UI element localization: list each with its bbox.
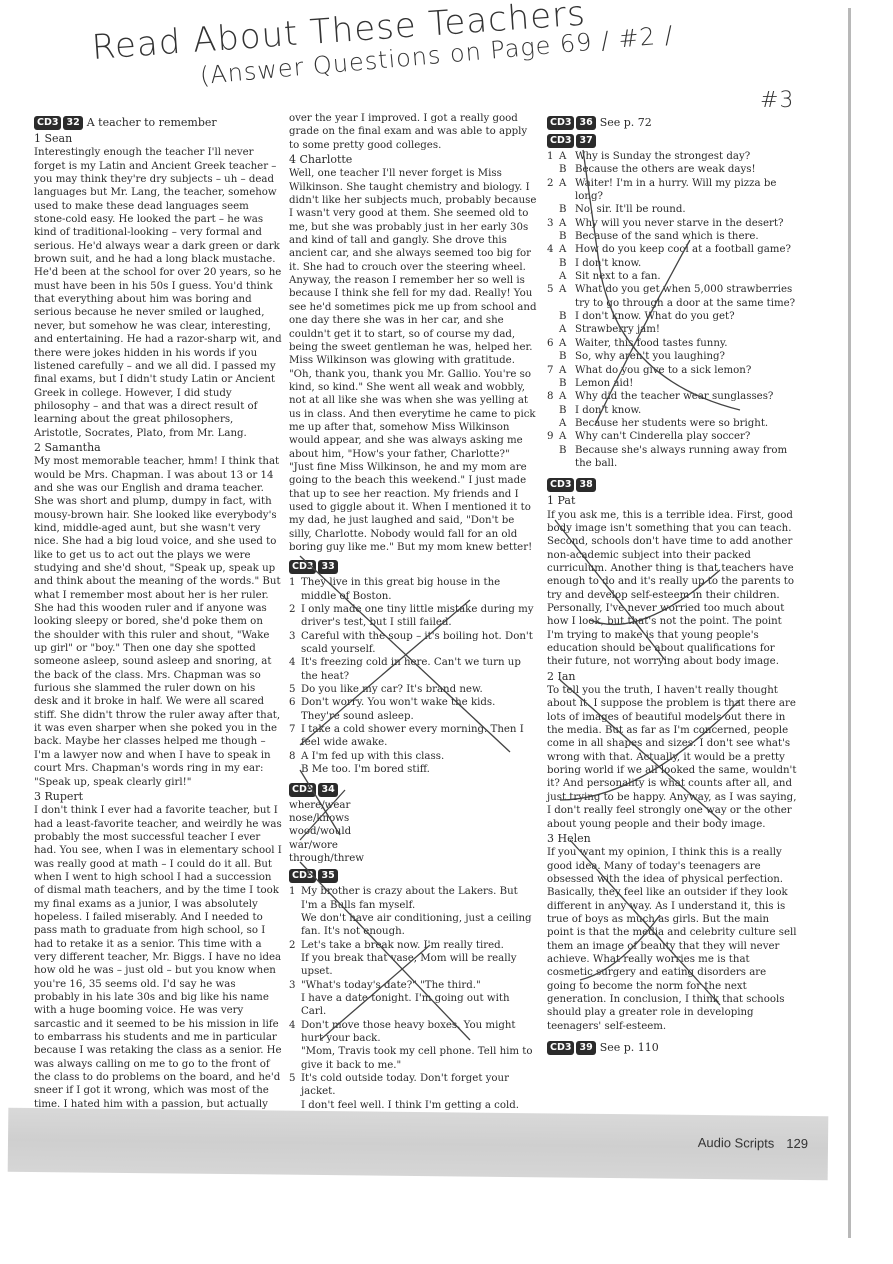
track-badge: CD332 bbox=[34, 116, 83, 130]
speaker-text: My most memorable teacher, hmm! I think … bbox=[34, 455, 282, 789]
joke-line: BSo, why aren't you laughing? bbox=[547, 350, 797, 363]
footer-band: Audio Scripts129 bbox=[8, 1108, 829, 1181]
word-pair: wood/would bbox=[289, 825, 537, 838]
page-number: 129 bbox=[786, 1136, 808, 1151]
list-item: 8A I'm fed up with this class.B Me too. … bbox=[289, 750, 537, 777]
track-badge: CD337 bbox=[547, 134, 596, 148]
list-item: 5Do you like my car? It's brand new. bbox=[289, 683, 537, 696]
list-item: 2I only made one tiny little mistake dur… bbox=[289, 603, 537, 630]
section-title: A teacher to remember bbox=[87, 116, 217, 129]
column-1: CD332A teacher to remember 1 Sean Intere… bbox=[34, 112, 282, 1165]
section-cd3-32-header: CD332A teacher to remember bbox=[34, 116, 282, 130]
speaker-text: If you want my opinion, I think this is … bbox=[547, 846, 797, 1033]
list-item: 3Careful with the soup – it's boiling ho… bbox=[289, 630, 537, 657]
list-item: 2Let's take a break now. I'm really tire… bbox=[289, 939, 537, 979]
speaker-text: Interestingly enough the teacher I'll ne… bbox=[34, 146, 282, 440]
speaker-heading: 2 Ian bbox=[547, 670, 797, 683]
word-pair: where/wear bbox=[289, 799, 537, 812]
list-item: 3"What's today's date?" "The third."I ha… bbox=[289, 979, 537, 1019]
joke-line: ASit next to a fan. bbox=[547, 270, 797, 283]
joke-line: BBecause of the sand which is there. bbox=[547, 230, 797, 243]
column-3: CD336See p. 72 CD337 1AWhy is Sunday the… bbox=[547, 112, 797, 1057]
speaker-heading: 3 Rupert bbox=[34, 790, 282, 803]
list-item: 6Don't worry. You won't wake the kids. T… bbox=[289, 696, 537, 723]
track-badge: CD333 bbox=[289, 560, 338, 574]
speaker-text: Well, one teacher I'll never forget is M… bbox=[289, 167, 537, 554]
footer-label: Audio Scripts bbox=[698, 1135, 775, 1151]
joke-line: 6AWaiter, this food tastes funny. bbox=[547, 337, 797, 350]
cd3-35-list: 1My brother is crazy about the Lakers. B… bbox=[289, 885, 537, 1112]
page-reference: See p. 72 bbox=[600, 116, 652, 129]
joke-line: 2AWaiter! I'm in a hurry. Will my pizza … bbox=[547, 177, 797, 204]
jokes-list: 1AWhy is Sunday the strongest day?BBecau… bbox=[547, 150, 797, 470]
speaker-heading: 3 Helen bbox=[547, 832, 797, 845]
joke-line: BI don't know. bbox=[547, 404, 797, 417]
joke-line: 4AHow do you keep cool at a football gam… bbox=[547, 243, 797, 256]
joke-line: BBecause she's always running away from … bbox=[547, 444, 797, 471]
list-item: 5It's cold outside today. Don't forget y… bbox=[289, 1072, 537, 1112]
track-badge: CD334 bbox=[289, 783, 338, 797]
track-badge: CD338 bbox=[547, 478, 596, 492]
speaker-heading: 4 Charlotte bbox=[289, 153, 537, 166]
speaker-heading: 1 Pat bbox=[547, 494, 797, 507]
list-item: 1My brother is crazy about the Lakers. B… bbox=[289, 885, 537, 938]
section-cd3-39-header: CD339See p. 110 bbox=[547, 1041, 797, 1055]
joke-line: BI don't know. bbox=[547, 257, 797, 270]
track-badge: CD339 bbox=[547, 1041, 596, 1055]
joke-line: ABecause her students were so bright. bbox=[547, 417, 797, 430]
joke-line: BI don't know. What do you get? bbox=[547, 310, 797, 323]
joke-line: 7AWhat do you give to a sick lemon? bbox=[547, 364, 797, 377]
joke-line: 9AWhy can't Cinderella play soccer? bbox=[547, 430, 797, 443]
joke-line: 8AWhy did the teacher wear sunglasses? bbox=[547, 390, 797, 403]
section-cd3-35-header: CD335 bbox=[289, 869, 537, 883]
joke-line: 1AWhy is Sunday the strongest day? bbox=[547, 150, 797, 163]
page-reference: See p. 110 bbox=[600, 1041, 659, 1054]
footer-text: Audio Scripts129 bbox=[698, 1135, 808, 1151]
section-cd3-33-header: CD333 bbox=[289, 560, 537, 574]
speaker-heading: 2 Samantha bbox=[34, 441, 282, 454]
track-badge: CD335 bbox=[289, 869, 338, 883]
list-item: 7I take a cold shower every morning. The… bbox=[289, 723, 537, 750]
list-item: 4It's freezing cold in here. Can't we tu… bbox=[289, 656, 537, 683]
speaker-heading: 1 Sean bbox=[34, 132, 282, 145]
scan-edge-line bbox=[848, 8, 851, 1238]
joke-line: 3AWhy will you never starve in the deser… bbox=[547, 217, 797, 230]
speaker-text-continued: over the year I improved. I got a really… bbox=[289, 112, 537, 152]
joke-line: AStrawberry jam! bbox=[547, 323, 797, 336]
list-item: 1They live in this great big house in th… bbox=[289, 576, 537, 603]
joke-line: 5AWhat do you get when 5,000 strawberrie… bbox=[547, 283, 797, 310]
section-cd3-37-header: CD337 bbox=[547, 134, 797, 148]
word-pair: through/threw bbox=[289, 852, 537, 865]
cd3-33-list: 1They live in this great big house in th… bbox=[289, 576, 537, 776]
word-pair: war/wore bbox=[289, 839, 537, 852]
track-badge: CD336 bbox=[547, 116, 596, 130]
list-item: 4Don't move those heavy boxes. You might… bbox=[289, 1019, 537, 1072]
joke-line: BLemon aid! bbox=[547, 377, 797, 390]
section-cd3-34-header: CD334 bbox=[289, 783, 537, 797]
speaker-text: If you ask me, this is a terrible idea. … bbox=[547, 509, 797, 669]
joke-line: BNo, sir. It'll be round. bbox=[547, 203, 797, 216]
speaker-text: To tell you the truth, I haven't really … bbox=[547, 684, 797, 831]
section-cd3-36-header: CD336See p. 72 bbox=[547, 116, 797, 130]
handwritten-note-line3: #3 bbox=[760, 88, 794, 113]
section-cd3-38-header: CD338 bbox=[547, 478, 797, 492]
joke-line: BBecause the others are weak days! bbox=[547, 163, 797, 176]
column-2: over the year I improved. I got a really… bbox=[289, 112, 537, 1112]
word-pair: nose/knows bbox=[289, 812, 537, 825]
